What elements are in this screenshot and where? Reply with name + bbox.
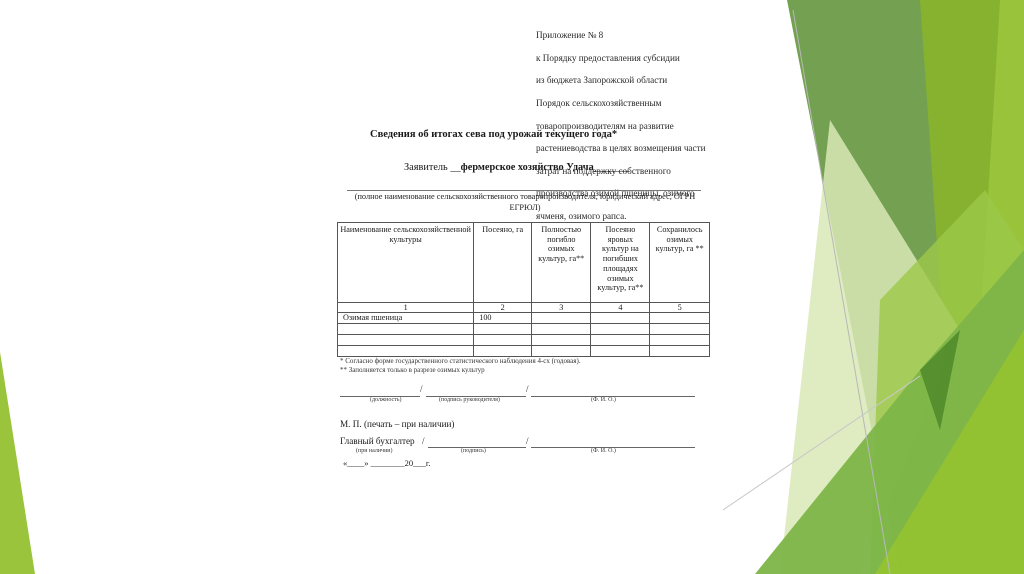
appendix-line: к Порядку предоставления субсидии — [536, 53, 706, 64]
sowing-results-table: Наименование сельскохозяйственной культу… — [337, 222, 710, 357]
caption-head-signature: (подпись руководителя) — [439, 397, 500, 403]
applicant-suffix: _______ — [594, 162, 630, 173]
table-cell — [650, 313, 710, 324]
column-number: 3 — [532, 303, 591, 313]
date-line: «____» ________20___г. — [343, 458, 431, 468]
table-cell — [650, 335, 710, 346]
form-title: Сведения об итогах сева под урожай текущ… — [370, 129, 617, 140]
column-number-row: 1 2 3 4 5 — [338, 303, 710, 313]
header-resown: Посеяно яровых культур на погибших площа… — [591, 223, 650, 303]
caption-full-name: (Ф. И. О.) — [591, 448, 616, 454]
accountant-label: Главный бухгалтер — [340, 436, 415, 446]
column-number: 5 — [650, 303, 710, 313]
applicant-label: Заявитель — [404, 162, 448, 173]
table-cell — [532, 335, 591, 346]
stamp-note: М. П. (печать – при наличии) — [340, 419, 454, 429]
table-cell — [532, 313, 591, 324]
table-cell: 100 — [474, 313, 532, 324]
table-row — [338, 346, 710, 357]
caption-if-any: (при наличии) — [356, 448, 393, 454]
column-number: 1 — [338, 303, 474, 313]
table-row: Озимая пшеница 100 — [338, 313, 710, 324]
appendix-line: Приложение № 8 — [536, 30, 706, 41]
separator: / — [420, 384, 423, 394]
table-cell: Озимая пшеница — [338, 313, 474, 324]
table-cell — [650, 346, 710, 357]
applicant-value: фермерское хозяйство Удача — [461, 162, 594, 173]
caption-position: (должность) — [370, 397, 402, 403]
separator: / — [526, 436, 529, 446]
footnote-1: * Согласно форме государственного статис… — [340, 357, 581, 366]
table-cell — [650, 324, 710, 335]
table-cell — [338, 346, 474, 357]
applicant-prefix: __ — [450, 162, 460, 173]
applicant-line: Заявитель __фермерское хозяйство Удача__… — [404, 162, 630, 173]
table-cell — [532, 346, 591, 357]
table-header-row: Наименование сельскохозяйственной культу… — [338, 223, 710, 303]
header-crop-name: Наименование сельскохозяйственной культу… — [338, 223, 474, 303]
table-cell — [591, 324, 650, 335]
table-cell — [474, 335, 532, 346]
appendix-line: Порядок сельскохозяйственным — [536, 98, 706, 109]
header-preserved: Сохранилось озимых культур, га ** — [650, 223, 710, 303]
table-cell — [591, 335, 650, 346]
table-cell — [474, 324, 532, 335]
table-cell — [338, 335, 474, 346]
caption-signature: (подпись) — [461, 448, 486, 454]
appendix-line: из бюджета Запорожской области — [536, 75, 706, 86]
header-sown: Посеяно, га — [474, 223, 532, 303]
column-number: 2 — [474, 303, 532, 313]
table-cell — [591, 346, 650, 357]
column-number: 4 — [591, 303, 650, 313]
separator: / — [422, 436, 425, 446]
header-lost: Полностью погибло озимых культур, га** — [532, 223, 591, 303]
appendix-line: растениеводства в целях возмещения части — [536, 143, 706, 154]
table-cell — [532, 324, 591, 335]
applicant-note: (полное наименование сельскохозяйственно… — [340, 192, 710, 213]
table-cell — [474, 346, 532, 357]
table-row — [338, 324, 710, 335]
applicant-underline — [347, 190, 701, 191]
footnote-2: ** Заполняется только в разрезе озимых к… — [340, 366, 485, 375]
table-cell — [591, 313, 650, 324]
table-row — [338, 335, 710, 346]
table-cell — [338, 324, 474, 335]
caption-full-name: (Ф. И. О.) — [591, 397, 616, 403]
document-page: Приложение № 8 к Порядку предоставления … — [0, 0, 1024, 574]
separator: / — [526, 384, 529, 394]
